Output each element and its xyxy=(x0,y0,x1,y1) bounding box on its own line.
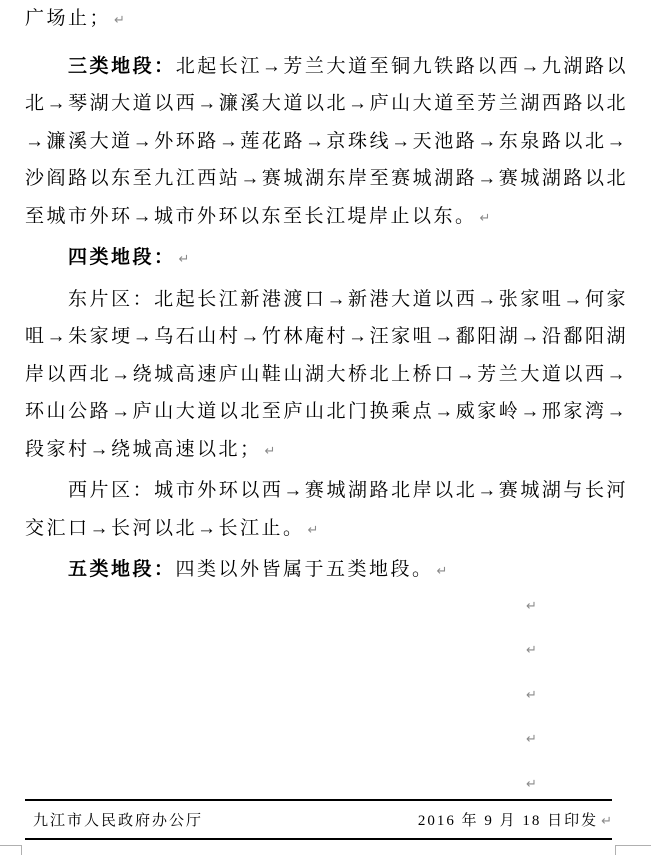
paragraph-mark-icon: ↵ xyxy=(114,13,125,28)
paragraph-text: 四类以外皆属于五类地段。 xyxy=(176,559,434,580)
empty-paragraph: ↵ xyxy=(523,584,543,629)
paragraph-mark-icon: ↵ xyxy=(437,564,448,579)
paragraph-mark-icon: ↵ xyxy=(526,688,537,703)
footer-rule-bottom xyxy=(25,838,612,840)
paragraph-mark-icon: ↵ xyxy=(526,643,537,658)
document-footer: 九江市人民政府办公厅 2016 年 9 月 18 日印发↵ xyxy=(25,801,612,838)
paragraph-mark-icon: ↵ xyxy=(526,777,537,792)
paragraph-text: 东片区：北起长江新港渡口→新港大道以西→张家咀→何家咀→朱家埂→乌石山村→竹林庵… xyxy=(25,289,628,460)
body-paragraph: 广场止；↵ xyxy=(25,0,628,40)
empty-paragraph: ↵ xyxy=(523,629,543,674)
paragraph-text: 广场止； xyxy=(25,8,111,29)
section-heading: 五类地段： xyxy=(68,559,176,580)
paragraph-mark-icon: ↵ xyxy=(480,211,491,226)
empty-paragraph-marks: ↵ ↵ ↵ ↵ ↵ xyxy=(523,584,543,807)
section-heading: 四类地段： xyxy=(68,247,176,268)
body-paragraph: 四类地段：↵ xyxy=(25,239,628,279)
section-heading: 三类地段： xyxy=(68,56,176,77)
footer-date-text: 2016 年 9 月 18 日印发 xyxy=(418,813,598,829)
paragraph-mark-icon: ↵ xyxy=(526,732,537,747)
paragraph-text: 西片区：城市外环以西→赛城湖路北岸以北→赛城湖与长河交汇口→长河以北→长江止。 xyxy=(25,480,628,539)
body-paragraph: 西片区：城市外环以西→赛城湖路北岸以北→赛城湖与长河交汇口→长河以北→长江止。↵ xyxy=(25,472,628,549)
document-body: 广场止；↵ 三类地段：北起长江→芳兰大道至铜九铁路以西→九湖路以北→琴湖大道以西… xyxy=(25,0,628,591)
paragraph-mark-icon: ↵ xyxy=(179,252,190,267)
paragraph-mark-icon: ↵ xyxy=(265,444,276,459)
empty-paragraph: ↵ xyxy=(523,673,543,718)
document-page: 广场止；↵ 三类地段：北起长江→芳兰大道至铜九铁路以西→九湖路以北→琴湖大道以西… xyxy=(0,0,652,855)
paragraph-mark-icon: ↵ xyxy=(601,814,612,829)
footer-print-date: 2016 年 9 月 18 日印发↵ xyxy=(418,809,612,830)
empty-paragraph: ↵ xyxy=(523,718,543,763)
paragraph-text: 北起长江→芳兰大道至铜九铁路以西→九湖路以北→琴湖大道以西→濂溪大道以北→庐山大… xyxy=(25,56,628,227)
body-paragraph: 东片区：北起长江新港渡口→新港大道以西→张家咀→何家咀→朱家埂→乌石山村→竹林庵… xyxy=(25,281,628,471)
footer-issuer: 九江市人民政府办公厅 xyxy=(25,809,203,830)
paragraph-mark-icon: ↵ xyxy=(526,599,537,614)
paragraph-mark-icon: ↵ xyxy=(308,523,319,538)
body-paragraph: 三类地段：北起长江→芳兰大道至铜九铁路以西→九湖路以北→琴湖大道以西→濂溪大道以… xyxy=(25,48,628,238)
